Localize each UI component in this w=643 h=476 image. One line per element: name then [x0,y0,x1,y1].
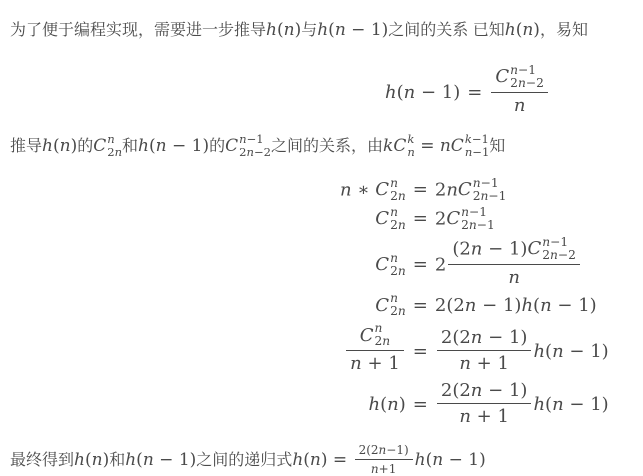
equals-sign: = [406,379,435,429]
equation-rhs: 2(2n − 1)n + 1h(n − 1) [435,321,609,376]
equation-rhs: 2nCn−12n−1 [435,177,609,203]
equation-lhs: Cn2n [340,292,406,318]
equation-row-4: Cn2n = 2(2n − 1)h(n − 1) [340,292,609,318]
equals-sign: = [406,235,435,290]
formula-h-n-1: h(n − 1) = Cn−12n−2n [385,60,550,121]
equals-sign: = [406,321,435,376]
equation-lhs: Cn2n [340,235,406,290]
equation-lhs: h(n − 1) [385,63,460,118]
paragraph-derive: 推导h(n)的Cn2n和h(n − 1)的Cn−12n−2之间的关系，由kCkn… [10,132,643,162]
equals-sign: = [406,292,435,318]
equation-row-5: Cn2nn + 1 = 2(2n − 1)n + 1h(n − 1) [340,321,609,376]
equation-lhs: Cn2nn + 1 [340,321,406,376]
equation-row-2: Cn2n = 2Cn−12n−1 [340,206,609,232]
equation-row-3: Cn2n = 2(2n − 1)Cn−12n−2n [340,235,609,290]
equation-rhs: Cn−12n−2n [489,63,550,118]
equation-lhs: h(n) [340,379,406,429]
aligned-equations: n ∗ Cn2n = 2nCn−12n−1 Cn2n = 2Cn−12n−1 C… [340,174,609,432]
equation-row-6: h(n) = 2(2n − 1)n + 1h(n − 1) [340,379,609,429]
equals-sign: = [406,177,435,203]
equation-row: h(n − 1) = Cn−12n−2n [385,63,550,118]
equals-sign: = [406,206,435,232]
equation-rhs: 2Cn−12n−1 [435,206,609,232]
equation-rhs: 2(2n − 1)Cn−12n−2n [435,235,609,290]
article-content: 为了便于编程实现，需要进一步推导h(n)与h(n − 1)之间的关系 已知h(n… [0,0,643,476]
paragraph-intro: 为了便于编程实现，需要进一步推导h(n)与h(n − 1)之间的关系 已知h(n… [10,16,643,46]
equation-lhs: Cn2n [340,206,406,232]
equals-sign: = [460,63,489,118]
equation-rhs: 2(2n − 1)h(n − 1) [435,292,609,318]
equation-lhs: n ∗ Cn2n [340,177,406,203]
equation-row-1: n ∗ Cn2n = 2nCn−12n−1 [340,177,609,203]
equation-rhs: 2(2n − 1)n + 1h(n − 1) [435,379,609,429]
paragraph-conclusion: 最终得到h(n)和h(n − 1)之间的递归式h(n) = 2(2n−1)n+1… [10,442,643,476]
